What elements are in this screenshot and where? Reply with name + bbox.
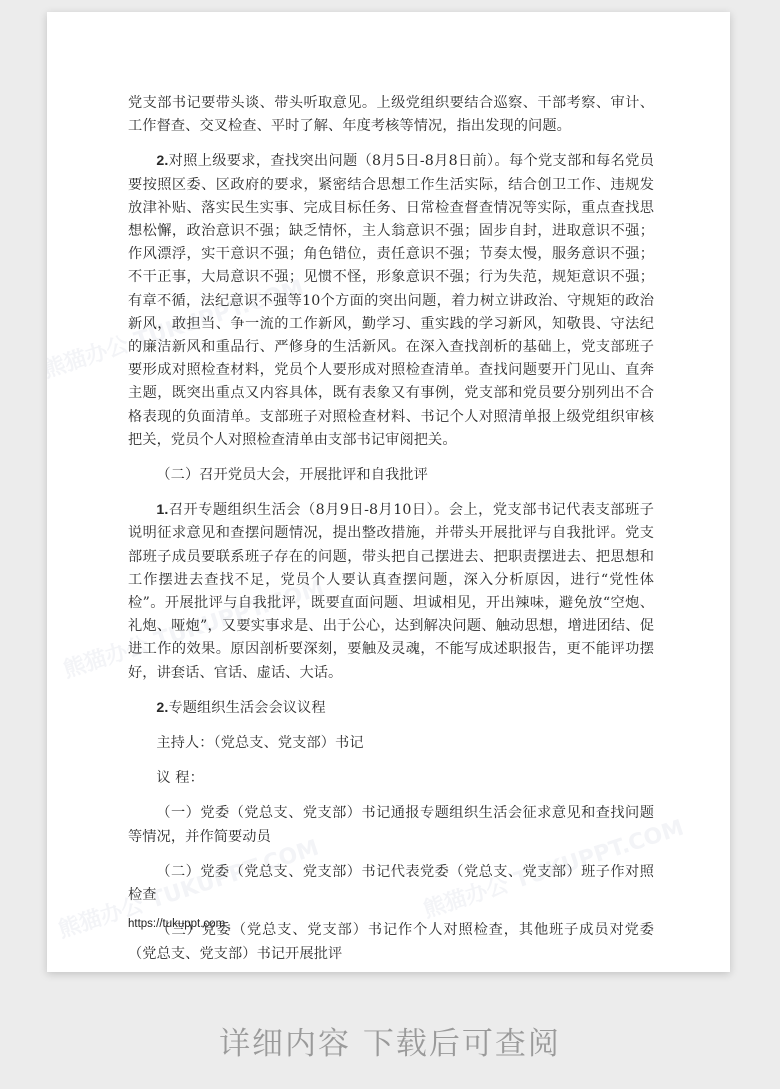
paragraph: 议 程：	[128, 767, 654, 790]
paragraph-text: （二）召开党员大会，开展批评和自我批评	[156, 467, 427, 483]
paragraph-text: （二）党委（党总支、党支部）书记代表党委（党总支、党支部）班子作对照检查	[128, 864, 654, 903]
agenda-item: （一）党委（党总支、党支部）书记通报专题组织生活会征求意见和查找问题等情况，并作…	[128, 802, 654, 848]
paragraph-text: 专题组织生活会会议议程	[168, 700, 325, 716]
document-page: 熊猫办公 TUKUPPT.COM 熊猫办公 TUKUPPT.COM 熊猫办公 T…	[47, 12, 730, 972]
item-number: 1.	[156, 502, 168, 518]
footer-url[interactable]: https://tukuppt.com	[128, 918, 225, 930]
paragraph-text: 召开专题组织生活会（8月9日-8月10日）。会上，党支部书记代表支部班子说明征求…	[128, 502, 654, 680]
item-number: 2.	[156, 700, 168, 716]
paragraph-text: （一）党委（党总支、党支部）书记通报专题组织生活会征求意见和查找问题等情况，并作…	[128, 805, 654, 844]
paragraph-text: 议 程：	[156, 770, 203, 786]
download-prompt-banner: 详细内容 下载后可查阅	[0, 1018, 780, 1063]
paragraph-text: 党支部书记要带头谈、带头听取意见。上级党组织要结合巡察、干部考察、审计、工作督查…	[128, 95, 654, 134]
document-body: 党支部书记要带头谈、带头听取意见。上级党组织要结合巡察、干部考察、审计、工作督查…	[128, 92, 654, 972]
paragraph: 主持人：（党总支、党支部）书记	[128, 732, 654, 755]
item-number: 2.	[156, 153, 168, 169]
section-heading: （二）召开党员大会，开展批评和自我批评	[128, 464, 654, 487]
paragraph: 1.召开专题组织生活会（8月9日-8月10日）。会上，党支部书记代表支部班子说明…	[128, 499, 654, 685]
paragraph: 2.对照上级要求，查找突出问题（8月5日-8月8日前）。每个党支部和每名党员要按…	[128, 150, 654, 452]
paragraph-text: 主持人：（党总支、党支部）书记	[156, 735, 363, 751]
agenda-item: （二）党委（党总支、党支部）书记代表党委（党总支、党支部）班子作对照检查	[128, 861, 654, 907]
paragraph: 党支部书记要带头谈、带头听取意见。上级党组织要结合巡察、干部考察、审计、工作督查…	[128, 92, 654, 138]
paragraph-text: 对照上级要求，查找突出问题（8月5日-8月8日前）。每个党支部和每名党员要按照区…	[128, 153, 654, 447]
subheading: 2.专题组织生活会会议议程	[128, 697, 654, 720]
